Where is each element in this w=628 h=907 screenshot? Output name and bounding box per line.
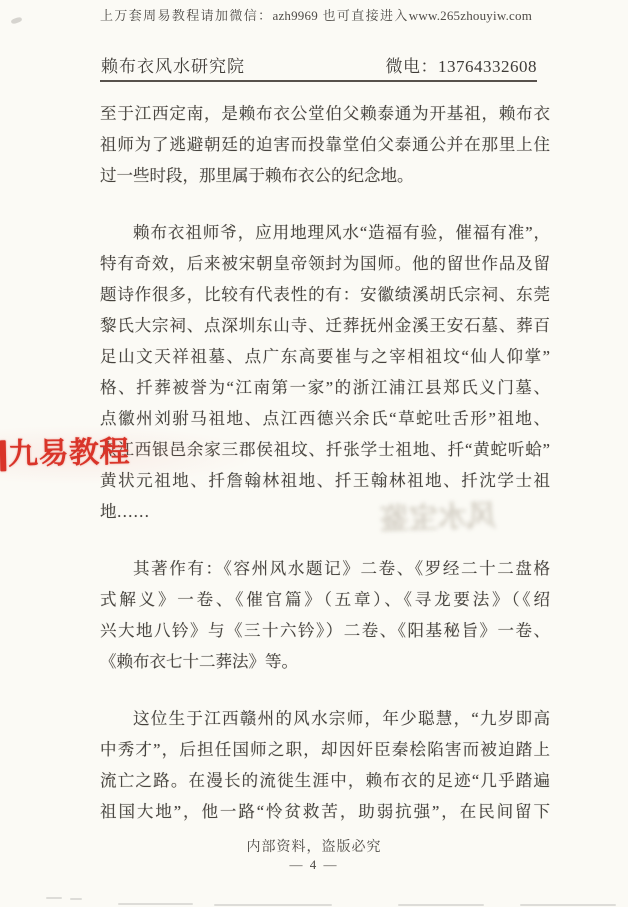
scan-edge-mark — [46, 897, 62, 899]
footer-notice: 内部资料，盗版必究 — [0, 836, 628, 856]
body-line: 足山文天祥祖墓、点广东高要崔与之宰相祖坟“仙人仰掌” — [100, 341, 550, 372]
body-line: 至于江西定南，是赖布衣公堂伯父赖泰通为开基祖，赖布衣 — [100, 98, 550, 129]
body-line: 中秀才”，后担任国师之职，却因奸臣秦桧陷害而被迫踏上 — [100, 734, 550, 765]
watermark-text: 九易教程 — [8, 436, 131, 473]
scanned-document-page: 上万套周易教程请加微信：azh9969 也可直接进入www.265zhouyiw… — [0, 0, 628, 907]
red-watermark: 九易教程 — [0, 436, 130, 473]
body-line: 这位生于江西赣州的风水宗师，年少聪慧，“九岁即高 — [100, 703, 550, 734]
ghost-bleed-text: 风水宝鉴 — [335, 499, 496, 539]
scan-edge-mark — [70, 898, 82, 900]
scan-edge-mark — [520, 904, 616, 906]
paragraph: 其著作有：《容州风水题记》二卷、《罗经二十二盘格 式解义》一卷、《催官篇》（五章… — [100, 553, 550, 677]
body-line: 特有奇效，后来被宋朝皇帝领封为国师。他的留世作品及留 — [100, 248, 550, 279]
contact-info: 微电：13764332608 — [386, 52, 538, 77]
body-line: 《赖布衣七十二葬法》等。 — [100, 646, 550, 677]
scan-edge-mark — [214, 904, 332, 906]
page-number: — 4 — — [0, 857, 628, 873]
top-promo-banner: 上万套周易教程请加微信：azh9969 也可直接进入www.265zhouyiw… — [100, 7, 532, 24]
body-line: 题诗作很多，比较有代表性的有：安徽绩溪胡氏宗祠、东莞 — [100, 279, 550, 310]
body-line: 祖师为了逃避朝廷的迫害而投靠堂伯父泰通公并在那里上住 — [100, 129, 550, 160]
organization-title: 赖布衣风水研究院 — [101, 52, 245, 77]
body-line: 赖布衣祖师爷，应用地理风水“造福有验，催福有准”， — [100, 217, 550, 248]
page-header: 赖布衣风水研究院 微电：13764332608 — [101, 52, 537, 77]
body-line: 过一些时段，那里属于赖布衣公的纪念地。 — [100, 160, 550, 191]
body-line: 格、扦葬被誉为“江南第一家”的浙江浦江县郑氏义门墓、 — [100, 372, 550, 403]
scan-edge-mark — [398, 904, 484, 906]
body-line: 其著作有：《容州风水题记》二卷、《罗经二十二盘格 — [100, 553, 550, 584]
header-divider — [100, 80, 537, 82]
paragraph: 至于江西定南，是赖布衣公堂伯父赖泰通为开基祖，赖布衣 祖师为了逃避朝廷的迫害而投… — [100, 98, 550, 191]
body-line: 祖国大地”，他一路“怜贫救苦，助弱抗强”，在民间留下 — [100, 796, 550, 827]
body-line: 式解义》一卷、《催官篇》（五章）、《寻龙要法》（《绍 — [100, 584, 550, 615]
paragraph: 这位生于江西赣州的风水宗师，年少聪慧，“九岁即高 中秀才”，后担任国师之职，却因… — [100, 703, 550, 827]
scan-artifact — [10, 16, 22, 24]
body-line: 兴大地八钤》与《三十六钤》）二卷、《阳基秘旨》一卷、 — [100, 615, 550, 646]
watermark-clipped-edge — [0, 440, 6, 471]
body-line: 流亡之路。在漫长的流徙生涯中，赖布衣的足迹“几乎踏遍 — [100, 765, 550, 796]
body-line: 黎氏大宗祠、点深圳东山寺、迁葬抚州金溪王安石墓、葬百 — [100, 310, 550, 341]
scan-edge-mark — [118, 903, 193, 905]
